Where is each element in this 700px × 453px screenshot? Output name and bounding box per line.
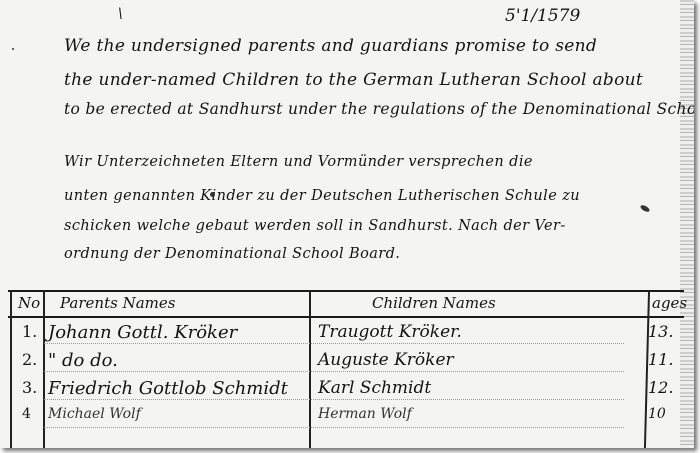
german-line-2: unten genannten Kinder zu der Deutschen … [64,188,580,204]
table-header-rule [8,316,684,318]
table-row: 1. Johann Gottl. Kröker Traugott Kröker.… [0,322,694,348]
ink-speck [12,48,14,50]
ink-blot [210,192,215,197]
child-name: Traugott Kröker. [318,322,462,342]
parent-name: Johann Gottl. Kröker [48,322,237,343]
row-number: 2. [22,350,37,369]
german-line-3: schicken welche gebaut werden soll in Sa… [64,218,566,234]
english-line-1: We the undersigned parents and guardians… [64,36,597,56]
table-row: 3. Friedrich Gottlob Schmidt Karl Schmid… [0,378,694,404]
parent-name: " do do. [48,350,118,371]
reference-number: 5'1/1579 [505,6,580,26]
header-childrens-names: Children Names [372,294,496,312]
table-top-rule [8,290,684,292]
scanned-document-page: \ 5'1/1579 We the undersigned parents an… [0,0,694,448]
row-number: 4 [22,406,31,422]
child-name: Auguste Kröker [318,350,454,370]
child-age: 10 [648,406,666,422]
header-ages: ages [652,294,687,312]
parent-name: Friedrich Gottlob Schmidt [48,378,288,399]
table-row: 2. " do do. Auguste Kröker 11. [0,350,694,376]
child-name: Karl Schmidt [318,378,431,398]
child-age: 11. [648,350,673,369]
english-line-2: the under-named Children to the German L… [64,70,643,90]
child-age: 13. [648,322,673,341]
english-line-3: to be erected at Sandhurst under the reg… [64,100,694,118]
header-no: No [18,294,40,312]
enrollment-table: No Parents Names Children Names ages 1. … [0,286,694,448]
header-parents-names: Parents Names [60,294,175,312]
child-name: Herman Wolf [318,406,412,422]
table-row: 4 Michael Wolf Herman Wolf 10 [0,406,694,432]
row-number: 1. [22,322,37,341]
corner-mark: \ [118,6,123,22]
parent-name: Michael Wolf [48,406,141,422]
german-line-1: Wir Unterzeichneten Eltern und Vormünder… [64,154,533,170]
child-age: 12. [648,378,673,397]
ink-blot [639,204,650,213]
row-number: 3. [22,378,37,397]
german-line-4: ordnung der Denominational School Board. [64,246,400,262]
